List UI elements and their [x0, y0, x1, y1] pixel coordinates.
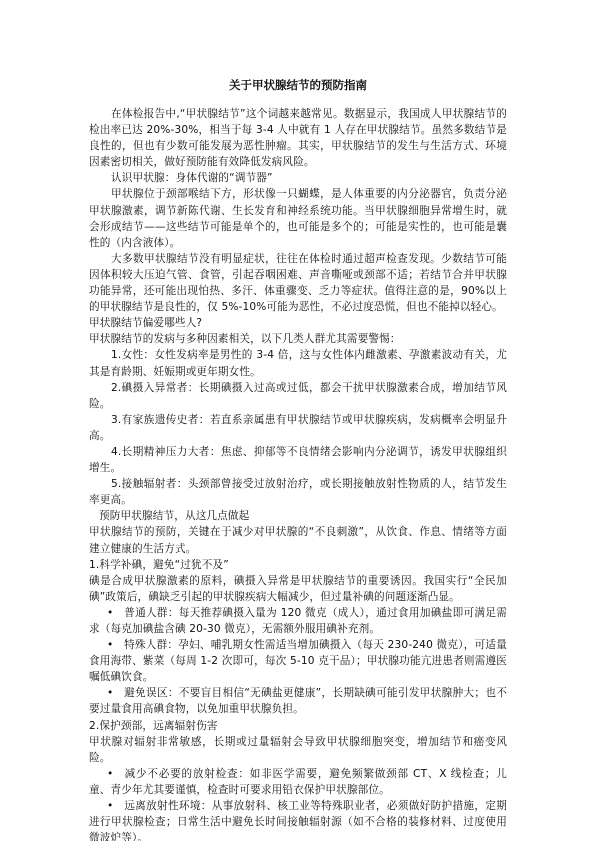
- bullet-item: •减少不必要的放射检查：如非医学需要，避免频繁做颈部 CT、X 线检查；儿童、青…: [89, 766, 507, 798]
- paragraph: 甲状腺结节的预防，关键在于减少对甲状腺的“不良刺激”，从饮食、作息、情绪等方面建…: [89, 524, 507, 556]
- bullet-text: 避免误区：不要盲目相信“无碘盐更健康”，长期缺碘可能引发甲状腺肿大；也不要过量食…: [89, 687, 507, 715]
- paragraph: 碘是合成甲状腺激素的原料，碘摄入异常是甲状腺结节的重要诱因。我国实行“全民加碘”…: [89, 573, 507, 605]
- document-title: 关于甲状腺结节的预防指南: [89, 77, 507, 93]
- bullet-item: •避免误区：不要盲目相信“无碘盐更健康”，长期缺碘可能引发甲状腺肿大；也不要过量…: [89, 685, 507, 717]
- bullet-text: 特殊人群：孕妇、哺乳期女性需适当增加碘摄入（每天 230-240 微克），可适量…: [89, 639, 507, 683]
- bullet-icon: •: [107, 637, 124, 653]
- bullet-icon: •: [107, 605, 124, 621]
- section-heading-risk-groups: 甲状腺结节偏爱哪些人?: [89, 315, 507, 331]
- list-item: 5.接触辐射者：头颈部曾接受过放射治疗，或长期接触放射性物质的人，结节发生率更高…: [89, 476, 507, 508]
- paragraph: 甲状腺对辐射非常敏感，长期或过量辐射会导致甲状腺细胞突变，增加结节和癌变风险。: [89, 734, 507, 766]
- paragraph: 甲状腺结节的发病与多种因素相关，以下几类人群尤其需要警惕：: [89, 331, 507, 347]
- section-heading-thyroid: 认识甲状腺：身体代谢的“调节器”: [89, 170, 507, 186]
- list-item: 3.有家族遗传史者：若直系亲属患有甲状腺结节或甲状腺疾病，发病概率会明显升高。: [89, 412, 507, 444]
- bullet-icon: •: [107, 685, 124, 701]
- list-item: 4.长期精神压力大者：焦虑、抑郁等不良情绪会影响内分泌调节，诱发甲状腺组织增生。: [89, 444, 507, 476]
- list-item: 2.碘摄入异常者：长期碘摄入过高或过低，都会干扰甲状腺激素合成，增加结节风险。: [89, 380, 507, 412]
- document-page: 关于甲状腺结节的预防指南 在体检报告中,“甲状腺结节”这个词越来越常见。数据显示…: [89, 77, 507, 841]
- bullet-item: •远离放射性环境：从事放射科、核工业等特殊职业者，必须做好防护措施，定期进行甲状…: [89, 798, 507, 841]
- bullet-text: 普通人群：每天推荐碘摄入量为 120 微克（成人），通过食用加碘盐即可满足需求（…: [89, 607, 507, 635]
- subsection-heading-radiation: 2.保护颈部，远离辐射伤害: [89, 718, 507, 734]
- paragraph: 大多数甲状腺结节没有明显症状，往往在体检时通过超声检查发现。少数结节可能因体积较…: [89, 251, 507, 315]
- bullet-icon: •: [107, 766, 124, 782]
- list-item: 1.女性：女性发病率是男性的 3-4 倍，这与女性体内雌激素、孕激素波动有关，尤…: [89, 347, 507, 379]
- subsection-heading-iodine: 1.科学补碘，避免“过犹不及”: [89, 557, 507, 573]
- bullet-item: •普通人群：每天推荐碘摄入量为 120 微克（成人），通过食用加碘盐即可满足需求…: [89, 605, 507, 637]
- bullet-item: •特殊人群：孕妇、哺乳期女性需适当增加碘摄入（每天 230-240 微克），可适…: [89, 637, 507, 685]
- paragraph: 甲状腺位于颈部喉结下方，形状像一只蝴蝶，是人体重要的内分泌器官，负责分泌甲状腺激…: [89, 186, 507, 250]
- bullet-icon: •: [107, 798, 124, 814]
- section-heading-prevention: 预防甲状腺结节，从这几点做起: [89, 508, 507, 524]
- bullet-text: 远离放射性环境：从事放射科、核工业等特殊职业者，必须做好防护措施，定期进行甲状腺…: [89, 800, 507, 841]
- bullet-text: 减少不必要的放射检查：如非医学需要，避免频繁做颈部 CT、X 线检查；儿童、青少…: [89, 768, 507, 796]
- intro-paragraph: 在体检报告中,“甲状腺结节”这个词越来越常见。数据显示，我国成人甲状腺结节的检出…: [89, 106, 507, 170]
